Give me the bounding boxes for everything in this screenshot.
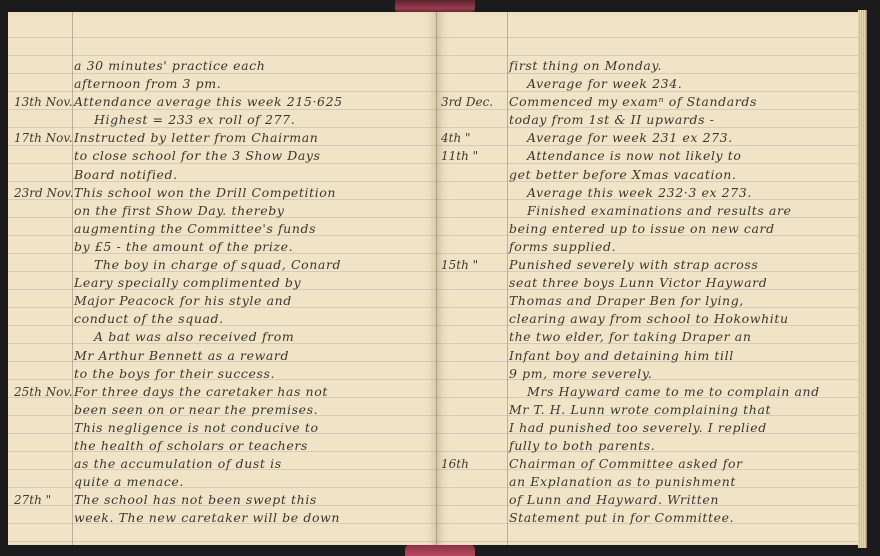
entry-text: Leary specially complimented by <box>74 274 301 292</box>
log-entry-line: 3rd Dec. Commenced my examⁿ of Standards <box>437 93 858 111</box>
log-entry-line: Thomas and Draper Ben for lying, <box>437 292 858 310</box>
entry-text: fully to both parents. <box>509 437 655 455</box>
entry-text: Highest = 233 ex roll of 277. <box>94 111 295 129</box>
entry-text: Mrs Hayward came to me to complain and <box>527 383 820 401</box>
entry-date: 23rd Nov. <box>14 184 72 202</box>
entry-text: Major Peacock for his style and <box>74 292 292 310</box>
entry-text: Instructed by letter from Chairman <box>74 129 318 147</box>
log-entry-line: conduct of the squad. <box>8 310 437 328</box>
entry-text: Attendance average this week 215·625 <box>74 93 343 111</box>
log-entry-line: Finished examinations and results are <box>437 202 858 220</box>
entry-text: The school has not been swept this <box>74 491 317 509</box>
entry-text: to the boys for their success. <box>74 365 275 383</box>
right-page-lines: first thing on Monday. Average for week … <box>437 57 858 527</box>
entry-text: of Lunn and Hayward. Written <box>509 491 719 509</box>
entry-text: a 30 minutes' practice each <box>74 57 265 75</box>
entry-text: Commenced my examⁿ of Standards <box>509 93 757 111</box>
log-entry-line: Mr Arthur Bennett as a reward <box>8 347 437 365</box>
log-entry-line: Board notified. <box>8 166 437 184</box>
book-binding-bottom <box>405 544 475 556</box>
log-entry-line: augmenting the Committee's funds <box>8 220 437 238</box>
entry-text: Punished severely with strap across <box>509 256 758 274</box>
log-entry-line: Major Peacock for his style and <box>8 292 437 310</box>
log-entry-line: to close school for the 3 Show Days <box>8 147 437 165</box>
log-entry-line: The boy in charge of squad, Conard <box>8 256 437 274</box>
log-entry-line: Mrs Hayward came to me to complain and <box>437 383 858 401</box>
log-entry-line: Average for week 234. <box>437 75 858 93</box>
log-entry-line: I had punished too severely. I replied <box>437 419 858 437</box>
entry-text: get better before Xmas vacation. <box>509 166 736 184</box>
entry-text: For three days the caretaker has not <box>74 383 328 401</box>
entry-text: Attendance is now not likely to <box>527 147 742 165</box>
entry-text: Board notified. <box>74 166 178 184</box>
entry-text: This negligence is not conducive to <box>74 419 319 437</box>
entry-text: Finished examinations and results are <box>527 202 792 220</box>
log-entry-line: Mr T. H. Lunn wrote complaining that <box>437 401 858 419</box>
log-entry-line: clearing away from school to Hokowhitu <box>437 310 858 328</box>
log-entry-line: 4th " Average for week 231 ex 273. <box>437 129 858 147</box>
entry-text: augmenting the Committee's funds <box>74 220 316 238</box>
entry-text: Mr T. H. Lunn wrote complaining that <box>509 401 771 419</box>
log-entry-line: seat three boys Lunn Victor Hayward <box>437 274 858 292</box>
entry-text: Mr Arthur Bennett as a reward <box>74 347 289 365</box>
log-entry-line: 27th " The school has not been swept thi… <box>8 491 437 509</box>
entry-text: Average for week 231 ex 273. <box>527 129 733 147</box>
entry-date: 17th Nov. <box>14 129 72 147</box>
entry-text: today from 1st & II upwards - <box>509 111 715 129</box>
log-entry-line: 23rd Nov. This school won the Drill Comp… <box>8 184 437 202</box>
log-entry-line: as the accumulation of dust is <box>8 455 437 473</box>
entry-text: afternoon from 3 pm. <box>74 75 221 93</box>
log-entry-line: 15th " Punished severely with strap acro… <box>437 256 858 274</box>
log-entry-line: being entered up to issue on new card <box>437 220 858 238</box>
entry-text: seat three boys Lunn Victor Hayward <box>509 274 767 292</box>
log-entry-line: Statement put in for Committee. <box>437 509 858 527</box>
log-entry-line: quite a menace. <box>8 473 437 491</box>
log-entry-line: of Lunn and Hayward. Written <box>437 491 858 509</box>
log-entry-line: Infant boy and detaining him till <box>437 347 858 365</box>
entry-text: been seen on or near the premises. <box>74 401 318 419</box>
entry-text: Average this week 232·3 ex 273. <box>527 184 752 202</box>
entry-text: conduct of the squad. <box>74 310 224 328</box>
entry-text: A bat was also received from <box>94 328 294 346</box>
entry-date: 11th " <box>441 147 499 165</box>
entry-text: This school won the Drill Competition <box>74 184 336 202</box>
entry-text: Statement put in for Committee. <box>509 509 734 527</box>
log-entry-line: fully to both parents. <box>437 437 858 455</box>
entry-date: 15th " <box>441 256 499 274</box>
entry-text: Infant boy and detaining him till <box>509 347 734 365</box>
log-entry-line: the health of scholars or teachers <box>8 437 437 455</box>
entry-text: as the accumulation of dust is <box>74 455 282 473</box>
log-entry-line: 16th Chairman of Committee asked for <box>437 455 858 473</box>
entry-text: Chairman of Committee asked for <box>509 455 743 473</box>
page-edges <box>858 10 867 548</box>
entry-text: clearing away from school to Hokowhitu <box>509 310 789 328</box>
log-entry-line: 9 pm, more severely. <box>437 365 858 383</box>
log-entry-line: been seen on or near the premises. <box>8 401 437 419</box>
entry-text: on the first Show Day. thereby <box>74 202 285 220</box>
entry-date: 25th Nov. <box>14 383 72 401</box>
entry-text: The boy in charge of squad, Conard <box>94 256 341 274</box>
entry-text: forms supplied. <box>509 238 616 256</box>
entry-date: 13th Nov. <box>14 93 72 111</box>
entry-text: I had punished too severely. I replied <box>509 419 767 437</box>
entry-text: being entered up to issue on new card <box>509 220 775 238</box>
entry-date: 3rd Dec. <box>441 93 499 111</box>
log-entry-line: by £5 - the amount of the prize. <box>8 238 437 256</box>
log-entry-line: on the first Show Day. thereby <box>8 202 437 220</box>
right-page: first thing on Monday. Average for week … <box>437 12 858 545</box>
entry-text: by £5 - the amount of the prize. <box>74 238 293 256</box>
log-entry-line: 25th Nov. For three days the caretaker h… <box>8 383 437 401</box>
log-entry-line: first thing on Monday. <box>437 57 858 75</box>
log-entry-line: Highest = 233 ex roll of 277. <box>8 111 437 129</box>
entry-text: first thing on Monday. <box>509 57 662 75</box>
log-entry-line: 17th Nov. Instructed by letter from Chai… <box>8 129 437 147</box>
log-entry-line: week. The new caretaker will be down <box>8 509 437 527</box>
log-entry-line: Leary specially complimented by <box>8 274 437 292</box>
entry-text: to close school for the 3 Show Days <box>74 147 321 165</box>
log-entry-line: afternoon from 3 pm. <box>8 75 437 93</box>
log-entry-line: This negligence is not conducive to <box>8 419 437 437</box>
log-entry-line: 11th " Attendance is now not likely to <box>437 147 858 165</box>
entry-text: 9 pm, more severely. <box>509 365 652 383</box>
log-entry-line: A bat was also received from <box>8 328 437 346</box>
log-entry-line: Average this week 232·3 ex 273. <box>437 184 858 202</box>
log-entry-line: today from 1st & II upwards - <box>437 111 858 129</box>
entry-text: the health of scholars or teachers <box>74 437 308 455</box>
log-entry-line: the two elder, for taking Draper an <box>437 328 858 346</box>
log-entry-line: 13th Nov. Attendance average this week 2… <box>8 93 437 111</box>
log-entry-line: to the boys for their success. <box>8 365 437 383</box>
entry-date: 16th <box>441 455 499 473</box>
log-entry-line: an Explanation as to punishment <box>437 473 858 491</box>
entry-text: week. The new caretaker will be down <box>74 509 340 527</box>
left-page: a 30 minutes' practice each afternoon fr… <box>8 12 437 545</box>
log-entry-line: a 30 minutes' practice each <box>8 57 437 75</box>
entry-date: 4th " <box>441 129 499 147</box>
entry-date: 27th " <box>14 491 72 509</box>
entry-text: quite a menace. <box>74 473 184 491</box>
entry-text: Thomas and Draper Ben for lying, <box>509 292 744 310</box>
entry-text: the two elder, for taking Draper an <box>509 328 751 346</box>
log-entry-line: get better before Xmas vacation. <box>437 166 858 184</box>
entry-text: Average for week 234. <box>527 75 682 93</box>
log-entry-line: forms supplied. <box>437 238 858 256</box>
entry-text: an Explanation as to punishment <box>509 473 736 491</box>
left-page-lines: a 30 minutes' practice each afternoon fr… <box>8 57 437 527</box>
